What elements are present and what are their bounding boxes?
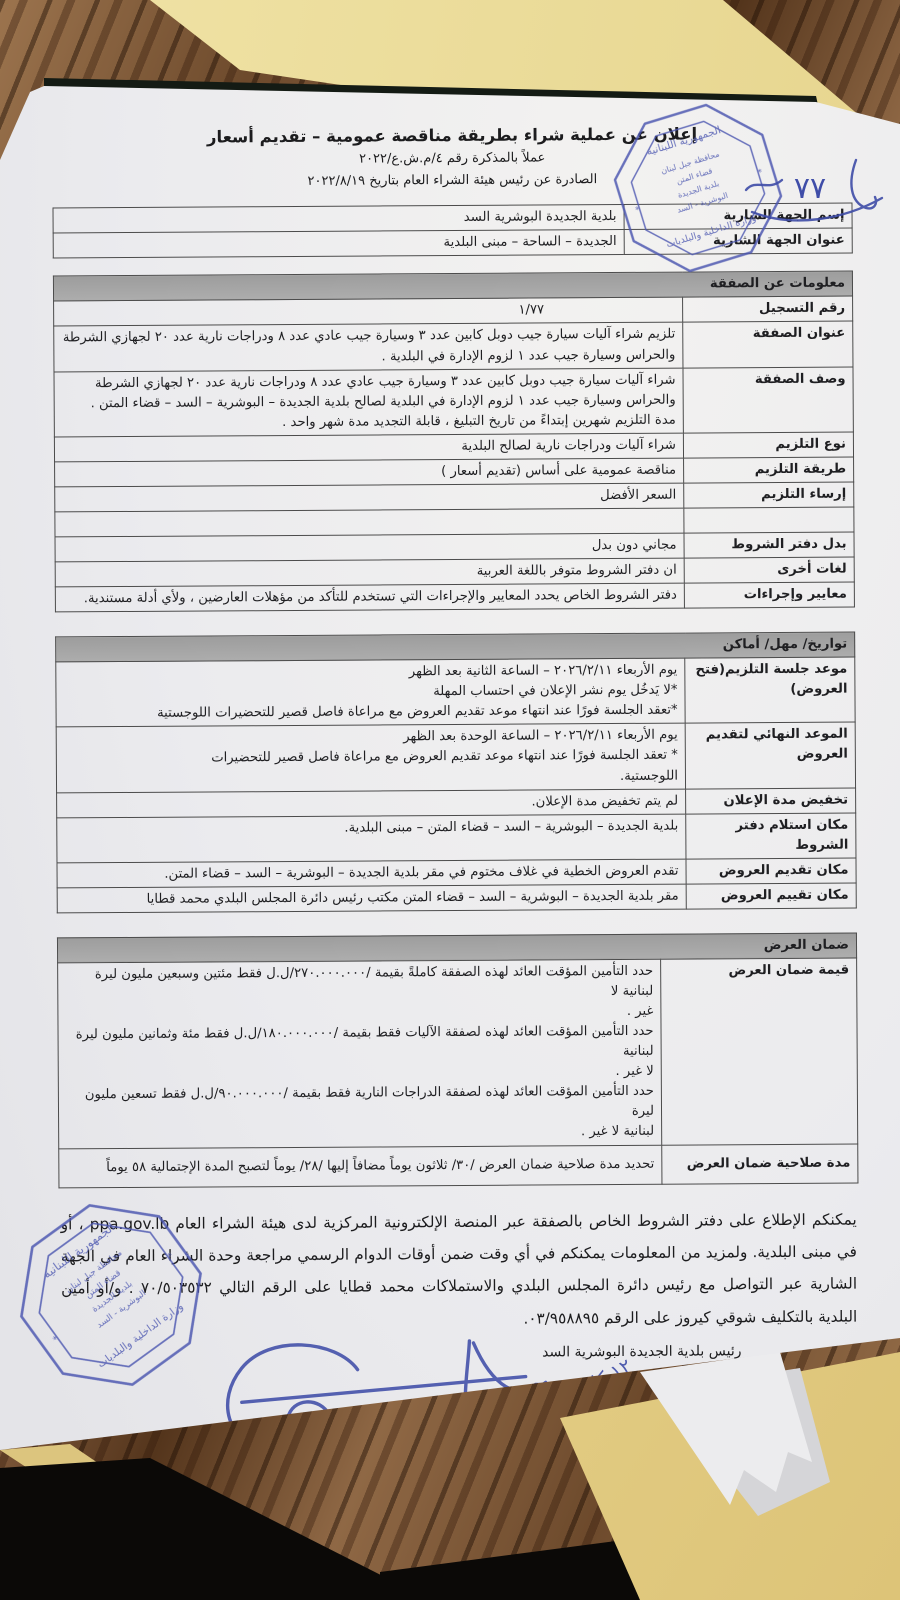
field-label: رقم التسجيل [683,296,853,322]
field-value: مجاني دون بدل [55,533,684,562]
stamp-text-republic: الجمهورية اللبنانية [40,1220,118,1282]
field-value: تحديد مدة صلاحية ضمان العرض /٣٠/ ثلاثون … [59,1145,662,1188]
field-label: إرساء التلزيم [684,482,854,508]
field-value: مناقصة عمومية على أساس (تقديم أسعار ) [55,458,684,487]
field-label: الموعد النهائي لتقديم العروض [685,722,855,788]
bid-guarantee-table: ضمان العرض قيمة ضمان العرض حدد التأمين ا… [57,932,859,1188]
table-row: معايير وإجراءات دفتر الشروط الخاص يحدد ا… [55,582,854,612]
field-label [684,507,854,533]
table-row: عنوان الصفقة تلزيم شراء آليات سيارة جيب … [54,321,853,371]
table-row: وصف الصفقة شراء آليات سيارة جيب دوبل كاب… [54,367,853,437]
field-value: بلدية الجديدة – البوشرية – السد – قضاء ا… [57,814,686,863]
deal-info-table: معلومات عن الصفقة رقم التسجيل ١/٧٧ عنوان… [53,271,855,613]
table-row: قيمة ضمان العرض حدد التأمين المؤقت العائ… [58,958,858,1148]
table-row: مكان استلام دفتر الشروط بلدية الجديدة – … [57,813,856,863]
field-value: لم يتم تخفيض مدة الإعلان. [57,789,686,818]
field-value: دفتر الشروط الخاص يحدد المعايير والإجراء… [55,583,684,612]
field-label: موعد جلسة التلزيم(فتح العروض) [685,657,855,723]
field-label: مكان تقييم العروض [686,883,856,909]
field-label: قيمة ضمان العرض [661,958,858,1145]
field-value: السعر الأفضل [55,483,684,512]
field-value: يوم الأربعاء ٢٠٢٦/٢/١١ – الساعة الثانية … [56,658,685,727]
field-value: ان دفتر الشروط متوفر باللغة العربية [55,558,684,587]
field-value: ١/٧٧ [54,297,683,326]
field-value: بلدية الجديدة البوشرية السد [53,205,624,234]
field-label: عنوان الصفقة [683,321,853,367]
field-label: مدة صلاحية ضمان العرض [662,1144,858,1184]
field-value: تقدم العروض الخطية في غلاف مختوم في مقر … [57,859,686,888]
table-row: مكان تقييم العروض مقر بلدية الجديدة – ال… [57,883,856,913]
field-value: حدد التأمين المؤقت العائد لهذه الصفقة كا… [58,959,662,1148]
field-value: شراء آليات ودراجات نارية لصالح البلدية [54,433,683,462]
field-label: مكان تقديم العروض [686,858,856,884]
field-value: مقر بلدية الجديدة – البوشرية – السد – قض… [57,884,686,913]
table-row: موعد جلسة التلزيم(فتح العروض) يوم الأربع… [56,657,855,727]
field-label: نوع التلزيم [683,432,853,458]
handwritten-marks: ٧٧ [738,148,888,238]
field-label: مكان استلام دفتر الشروط [686,813,856,859]
dates-places-table: تواريخ/ مهل/ أماكن موعد جلسة التلزيم(فتح… [55,632,857,914]
svg-text:*: * [165,1251,176,1263]
field-label: لغات أخرى [684,557,854,583]
svg-text:*: * [634,205,642,216]
handwritten-number: ٧٧ [794,171,826,206]
field-value: تلزيم شراء آليات سيارة جيب دوبل كابين عد… [54,323,683,372]
field-label: وصف الصفقة [683,367,853,433]
field-label: طريقة التلزيم [684,457,854,483]
field-label: بدل دفتر الشروط [684,532,854,558]
table-row: مدة صلاحية ضمان العرض تحديد مدة صلاحية ض… [59,1144,858,1188]
field-value: يوم الأربعاء ٢٠٢٦/٢/١١ – الساعة الوحدة ب… [56,723,685,792]
field-label: معايير وإجراءات [684,582,854,608]
photo-of-document: إعلان عن عملية شراء بطريقة مناقصة عمومية… [0,0,900,1600]
field-value: الجديدة – الساحة – مبنى البلدية [53,230,624,259]
field-value [55,508,684,537]
table-row: الموعد النهائي لتقديم العروض يوم الأربعا… [56,722,855,792]
field-value: شراء آليات سيارة جيب دوبل كابين عدد ٣ وس… [54,368,683,437]
field-label: تخفيض مدة الإعلان [686,788,856,814]
